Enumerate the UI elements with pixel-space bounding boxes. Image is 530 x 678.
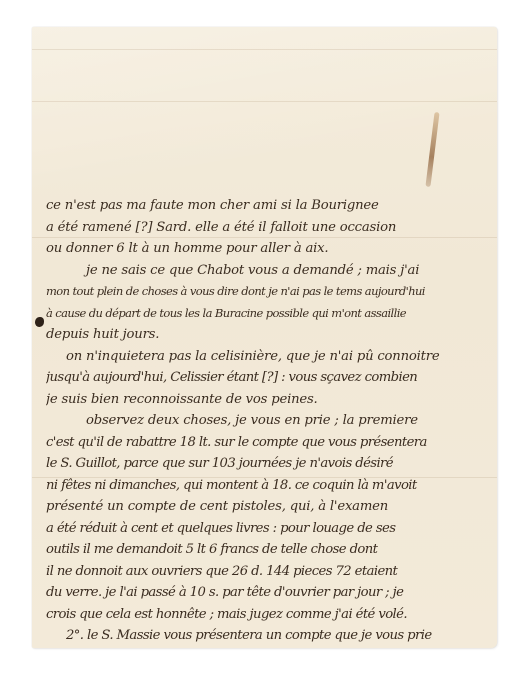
text-line: ni fêtes ni dimanches, qui montent à 18.… — [46, 475, 494, 497]
text-line: il ne donnoit aux ouvriers que 26 d. 144… — [46, 561, 494, 583]
text-line: mon tout plein de choses à vous dire don… — [46, 281, 494, 303]
text-line: ou donner 6 lt à un homme pour aller à a… — [46, 238, 494, 260]
text-line: je ne sais ce que Chabot vous a demandé … — [46, 260, 494, 282]
text-line: a été réduit à cent et quelques livres :… — [46, 518, 494, 540]
text-line: jusqu'à aujourd'hui, Celissier étant [?]… — [46, 367, 494, 389]
text-line: observez deux choses, je vous en prie ; … — [46, 410, 494, 432]
text-line: crois que cela est honnête ; mais jugez … — [46, 604, 494, 626]
letter-sheet: ce n'est pas ma faute mon cher ami si la… — [32, 27, 497, 648]
scan-background: ce n'est pas ma faute mon cher ami si la… — [0, 0, 530, 678]
text-line: le S. Guillot, parce que sur 103 journée… — [46, 453, 494, 475]
text-line: a été ramené [?] Sard. elle a été il fal… — [46, 217, 494, 239]
text-line: de ne point arrêter sans m'en prévenir. … — [46, 647, 494, 649]
text-line: à cause du départ de tous les la Buracin… — [46, 303, 494, 325]
text-line: 2°. le S. Massie vous présentera un comp… — [46, 625, 494, 647]
paper-crease — [32, 49, 497, 50]
ink-stain — [425, 112, 439, 187]
text-line: je suis bien reconnoissante de vos peine… — [46, 389, 494, 411]
text-line: on n'inquietera pas la celisinière, que … — [46, 346, 494, 368]
text-line: ce n'est pas ma faute mon cher ami si la… — [46, 195, 494, 217]
ink-blot — [35, 317, 44, 327]
handwritten-text: ce n'est pas ma faute mon cher ami si la… — [46, 195, 494, 648]
text-line: présenté un compte de cent pistoles, qui… — [46, 496, 494, 518]
text-line: outils il me demandoit 5 lt 6 francs de … — [46, 539, 494, 561]
text-line: c'est qu'il de rabattre 18 lt. sur le co… — [46, 432, 494, 454]
text-line: du verre. je l'ai passé à 10 s. par tête… — [46, 582, 494, 604]
paper-crease — [32, 101, 497, 102]
text-line: depuis huit jours. — [46, 324, 494, 346]
